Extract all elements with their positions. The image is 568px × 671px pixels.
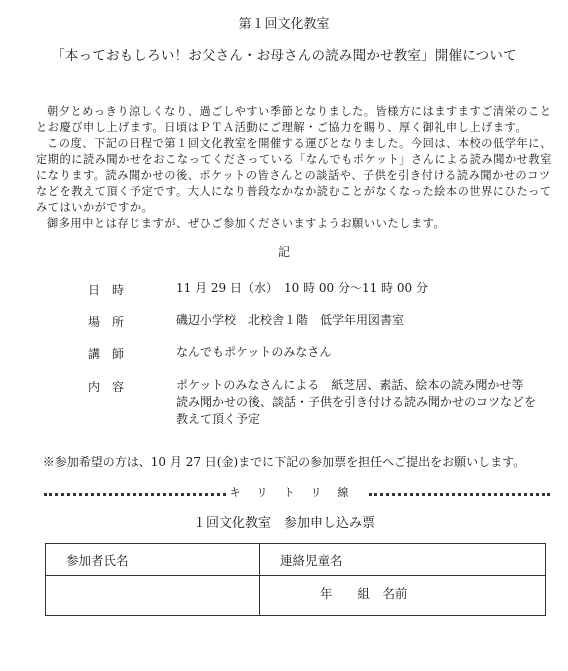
document-title: 第１回文化教室 — [0, 13, 568, 32]
form-title: １回文化教室 参加申し込み票 — [0, 512, 568, 531]
body-line: になります。読み聞かせの後、ポケットの皆さんとの談話や、子供を引き付ける読み聞か… — [36, 168, 551, 184]
body-line: とお慶び申し上げます。日頃はＰＴＡ活動にご理解・ご協力を賜り、厚く御礼申し上げま… — [36, 120, 527, 136]
body-line: 朝夕とめっきり涼しくなり、過ごしやすい季節となりました。皆様方にはますますご清栄… — [47, 104, 552, 120]
detail-value-content-line: 教えて頂く予定 — [176, 411, 260, 427]
header-child-name: 連絡児童名 — [260, 544, 546, 576]
detail-value-content-line: 読み聞かせの後、談話・子供を引き付ける読み聞かせのコツなどを — [176, 394, 536, 410]
ki-heading: 記 — [0, 243, 568, 260]
detail-value-instructor: なんでもポケットのみなさん — [176, 344, 331, 360]
detail-label-content: 内容 — [88, 378, 136, 395]
cut-line: キリトリ線 — [44, 484, 550, 500]
cut-line-label: キリトリ線 — [226, 484, 369, 500]
child-class-name-field[interactable]: 年 組 名前 — [260, 576, 546, 616]
cut-line-dots-left — [44, 487, 226, 496]
detail-label-place: 場所 — [88, 313, 136, 330]
detail-label-instructor: 講師 — [88, 345, 136, 362]
document-subtitle: 「本っておもしろい！お父さん・お母さんの読み聞かせ教室」開催について — [0, 44, 568, 64]
body-line: などを教えて頂く予定です。大人になり普段なかなか読むことがなくなった絵本の世界に… — [36, 184, 552, 200]
application-form-table: 参加者氏名 連絡児童名 年 組 名前 — [45, 543, 546, 616]
body-line: みてはいかがですか。 — [36, 200, 153, 216]
body-line: 御多用中とは存じますが、ぜひご参加くださいますようお願いいたします。 — [47, 216, 445, 232]
cut-line-dots-right — [369, 487, 551, 496]
detail-value-place: 磯辺小学校 北校舎１階 低学年用図書室 — [176, 312, 404, 328]
header-participant-name: 参加者氏名 — [46, 544, 260, 576]
detail-value-content-line: ポケットのみなさんによる 紙芝居、素話、絵本の読み聞かせ等 — [176, 377, 523, 393]
participant-name-field[interactable] — [46, 576, 260, 616]
detail-label-datetime: 日時 — [88, 281, 136, 298]
body-line: 定期的に読み聞かせをおこなってくださっている「なんでもポケット」さんによる読み聞… — [36, 152, 552, 168]
body-line: この度、下記の日程で第１回文化教室を開催する運びとなりました。今回は、本校の低学… — [47, 136, 552, 152]
detail-value-datetime: 11 月 29 日（水） 10 時 00 分～11 時 00 分 — [176, 280, 428, 296]
submission-note: ※参加希望の方は、10 月 27 日(金)までに下記の参加票を担任へご提出をお願… — [0, 453, 568, 470]
